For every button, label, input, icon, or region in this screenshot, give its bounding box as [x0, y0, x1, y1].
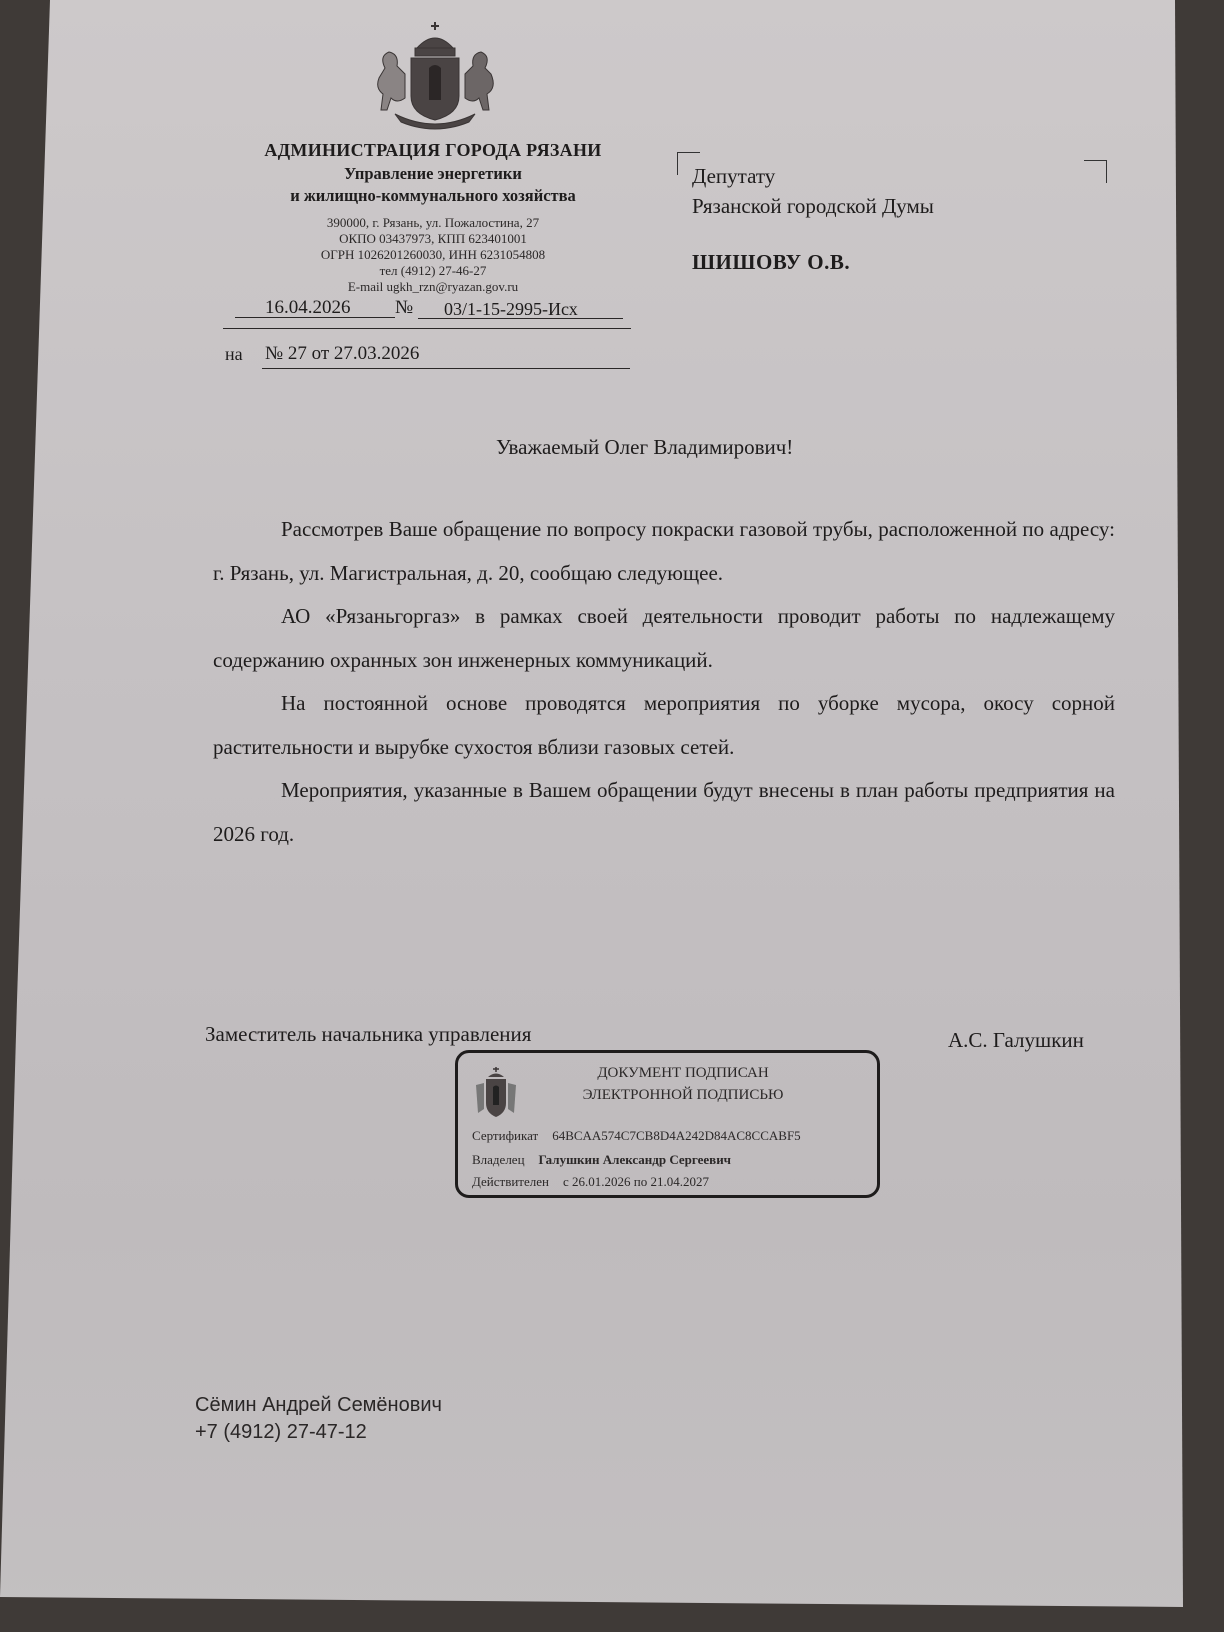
coat-of-arms-icon — [365, 18, 505, 133]
department-line1: Управление энергетики — [243, 164, 623, 184]
org-phone: тел (4912) 27-46-27 — [243, 263, 623, 279]
org-ogrn-inn: ОГРН 1026201260030, ИНН 6231054808 — [243, 247, 623, 263]
letter-page: АДМИНИСТРАЦИЯ ГОРОДА РЯЗАНИ Управление э… — [0, 0, 1224, 1632]
certificate-value: 64BCAA574C7CB8D4A242D84AC8CCABF5 — [552, 1128, 801, 1143]
department-line2: и жилищно-коммунального хозяйства — [243, 186, 623, 206]
org-okpo-kpp: ОКПО 03437973, КПП 623401001 — [243, 231, 623, 247]
outgoing-date: 16.04.2026 — [265, 297, 351, 319]
letter-body: Рассмотрев Ваше обращение по вопросу пок… — [213, 508, 1115, 856]
outgoing-number: 03/1-15-2995-Исх — [444, 299, 578, 320]
number-sign: № — [395, 297, 413, 319]
body-paragraph: На постоянной основе проводятся мероприя… — [213, 682, 1115, 769]
greeting: Уважаемый Олег Владимирович! — [496, 435, 793, 460]
addressee-name: ШИШОВУ О.В. — [692, 250, 850, 275]
org-email: E-mail ugkh_rzn@ryazan.gov.ru — [243, 279, 623, 295]
valid-value: с 26.01.2026 по 21.04.2027 — [563, 1174, 709, 1189]
stamp-title-line2: ЭЛЕКТРОННОЙ ПОДПИСЬЮ — [538, 1087, 828, 1104]
signer-name: А.С. Галушкин — [948, 1028, 1084, 1053]
e-signature-stamp: ДОКУМЕНТ ПОДПИСАН ЭЛЕКТРОННОЙ ПОДПИСЬЮ С… — [455, 1050, 880, 1198]
coat-of-arms-icon — [472, 1065, 520, 1123]
address-corner-right — [1084, 160, 1107, 183]
number-underline — [418, 318, 623, 319]
reply-prefix: на — [225, 344, 243, 365]
owner-label: Владелец — [472, 1152, 525, 1168]
signer-position: Заместитель начальника управления — [205, 1022, 531, 1047]
stamp-title-line1: ДОКУМЕНТ ПОДПИСАН — [538, 1065, 828, 1082]
reply-reference: № 27 от 27.03.2026 — [265, 343, 419, 365]
owner-value: Галушкин Александр Сергеевич — [539, 1152, 732, 1167]
date-underline — [235, 317, 395, 318]
executor-phone: +7 (4912) 27-47-12 — [195, 1421, 367, 1444]
addressee-line1: Депутату — [692, 164, 775, 189]
stamp-validity: Действителенс 26.01.2026 по 21.04.2027 — [472, 1174, 709, 1190]
addressee-line2: Рязанской городской Думы — [692, 194, 934, 219]
stamp-certificate: Сертификат64BCAA574C7CB8D4A242D84AC8CCAB… — [472, 1128, 801, 1144]
body-paragraph: Мероприятия, указанные в Вашем обращении… — [213, 769, 1115, 856]
header-divider — [223, 328, 631, 329]
stamp-owner: ВладелецГалушкин Александр Сергеевич — [472, 1152, 731, 1168]
certificate-label: Сертификат — [472, 1128, 538, 1144]
valid-label: Действителен — [472, 1174, 549, 1190]
body-paragraph: АО «Рязаньгоргаз» в рамках своей деятель… — [213, 595, 1115, 682]
organization-name: АДМИНИСТРАЦИЯ ГОРОДА РЯЗАНИ — [243, 140, 623, 161]
reply-underline — [262, 368, 630, 369]
body-paragraph: Рассмотрев Ваше обращение по вопросу пок… — [213, 508, 1115, 595]
executor-name: Сёмин Андрей Семёнович — [195, 1394, 442, 1417]
org-address: 390000, г. Рязань, ул. Пожалостина, 27 — [243, 215, 623, 231]
